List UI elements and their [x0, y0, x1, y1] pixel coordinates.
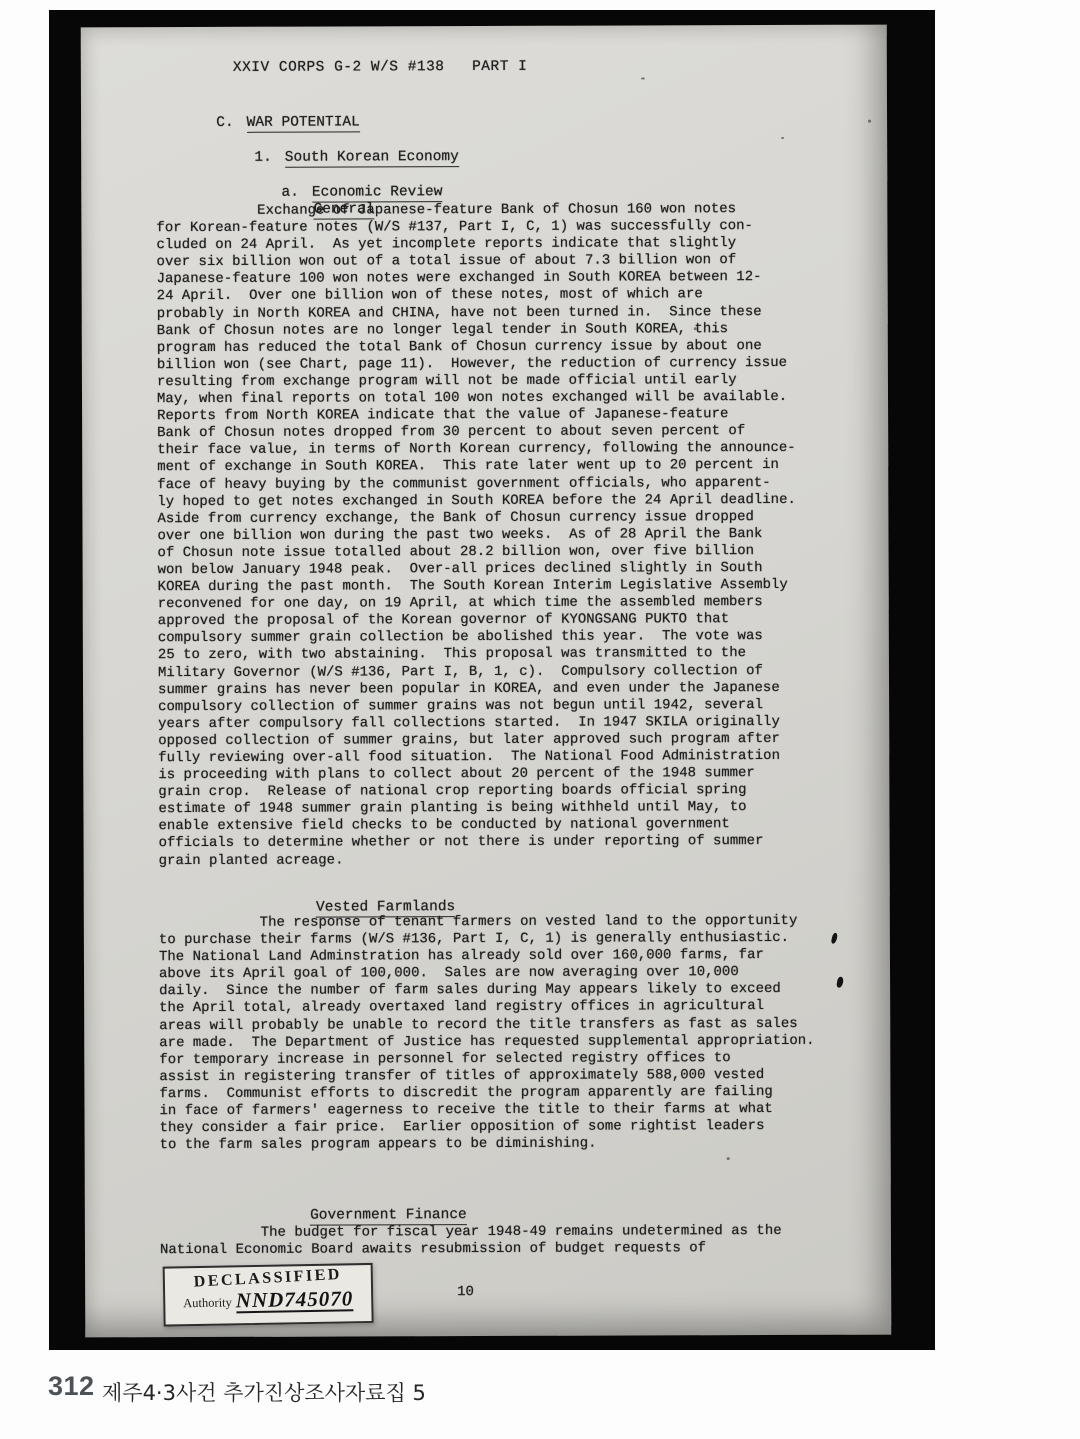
- book-caption: 제주4·3사건 추가진상조사자료집 5: [102, 1377, 426, 1407]
- subsection-label: 1.: [254, 150, 271, 166]
- declassified-stamp: DECLASSIFIED Authority NND745070: [163, 1263, 374, 1327]
- paragraph-general: Exchange of Japanese-feature Bank of Cho…: [156, 201, 797, 870]
- ink-speck: [831, 932, 838, 944]
- scan-background: XXIV CORPS G-2 W/S #138 PART I C.WAR POT…: [49, 10, 935, 1350]
- document-paper: XXIV CORPS G-2 W/S #138 PART I C.WAR POT…: [81, 25, 892, 1338]
- document-page-number: 10: [457, 1284, 474, 1300]
- scan-noise-dot: [694, 327, 697, 330]
- book-page-number: 312: [48, 1371, 95, 1402]
- stamp-authority-label: Authority: [183, 1295, 232, 1314]
- scan-noise-dot: [727, 1157, 730, 1160]
- book-page: { "palette": { "scan_bg": "#070707", "pa…: [0, 0, 1080, 1439]
- stamp-authority-number: NND745070: [236, 1287, 354, 1313]
- scan-noise-dot: [641, 77, 645, 79]
- ink-speck: [836, 976, 844, 988]
- subsection-title: South Korean Economy: [285, 149, 459, 168]
- document-header: XXIV CORPS G-2 W/S #138 PART I: [233, 59, 528, 76]
- section-title: WAR POTENTIAL: [247, 114, 360, 132]
- section-label: C.: [216, 115, 233, 131]
- paragraph-vested-farmlands: The response of tenant farmers on vested…: [159, 913, 815, 1155]
- scan-noise-dot: [868, 120, 871, 123]
- scan-noise-dot: [781, 137, 784, 139]
- paragraph-government-finance: The budget for fiscal year 1948-49 remai…: [160, 1223, 782, 1259]
